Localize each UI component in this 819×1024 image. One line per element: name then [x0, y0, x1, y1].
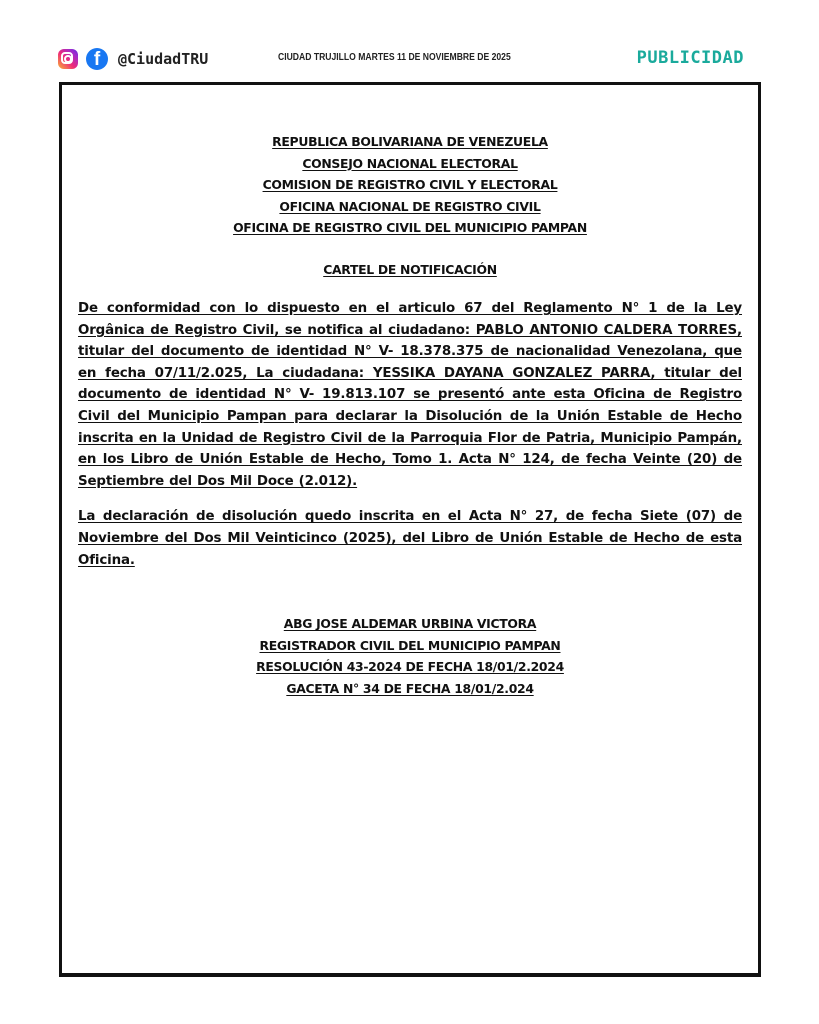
notice-document: REPUBLICA BOLIVARIANA DE VENEZUELA CONSE… — [78, 131, 742, 699]
signature-line: REGISTRADOR CIVIL DEL MUNICIPIO PAMPAN — [78, 635, 742, 657]
section-tag: PUBLICIDAD — [637, 48, 744, 68]
notice-paragraph: La declaración de disolución quedo inscr… — [78, 506, 742, 571]
institution-line: CONSEJO NACIONAL ELECTORAL — [78, 153, 742, 175]
institution-header: REPUBLICA BOLIVARIANA DE VENEZUELA CONSE… — [78, 131, 742, 239]
signature-line: RESOLUCIÓN 43-2024 DE FECHA 18/01/2.2024 — [78, 656, 742, 678]
signature-line: ABG JOSE ALDEMAR URBINA VICTORA — [78, 613, 742, 635]
dateline: CIUDAD TRUJILLO MARTES 11 DE NOVIEMBRE D… — [278, 52, 511, 63]
institution-line: OFICINA DE REGISTRO CIVIL DEL MUNICIPIO … — [78, 217, 742, 239]
notice-paragraph: De conformidad con lo dispuesto en el ar… — [78, 298, 742, 492]
social-handle: @CiudadTRU — [118, 50, 208, 68]
instagram-icon[interactable] — [58, 49, 78, 69]
notice-title: CARTEL DE NOTIFICACIÓN — [78, 259, 742, 281]
signature-block: ABG JOSE ALDEMAR URBINA VICTORA REGISTRA… — [78, 613, 742, 699]
institution-line: COMISION DE REGISTRO CIVIL Y ELECTORAL — [78, 174, 742, 196]
facebook-icon[interactable]: f — [86, 48, 108, 70]
institution-line: REPUBLICA BOLIVARIANA DE VENEZUELA — [78, 131, 742, 153]
signature-line: GACETA N° 34 DE FECHA 18/01/2.024 — [78, 678, 742, 700]
institution-line: OFICINA NACIONAL DE REGISTRO CIVIL — [78, 196, 742, 218]
notice-box: REPUBLICA BOLIVARIANA DE VENEZUELA CONSE… — [59, 82, 761, 977]
page-header: f @CiudadTRU CIUDAD TRUJILLO MARTES 11 D… — [58, 46, 748, 74]
social-links: f @CiudadTRU — [58, 48, 208, 70]
